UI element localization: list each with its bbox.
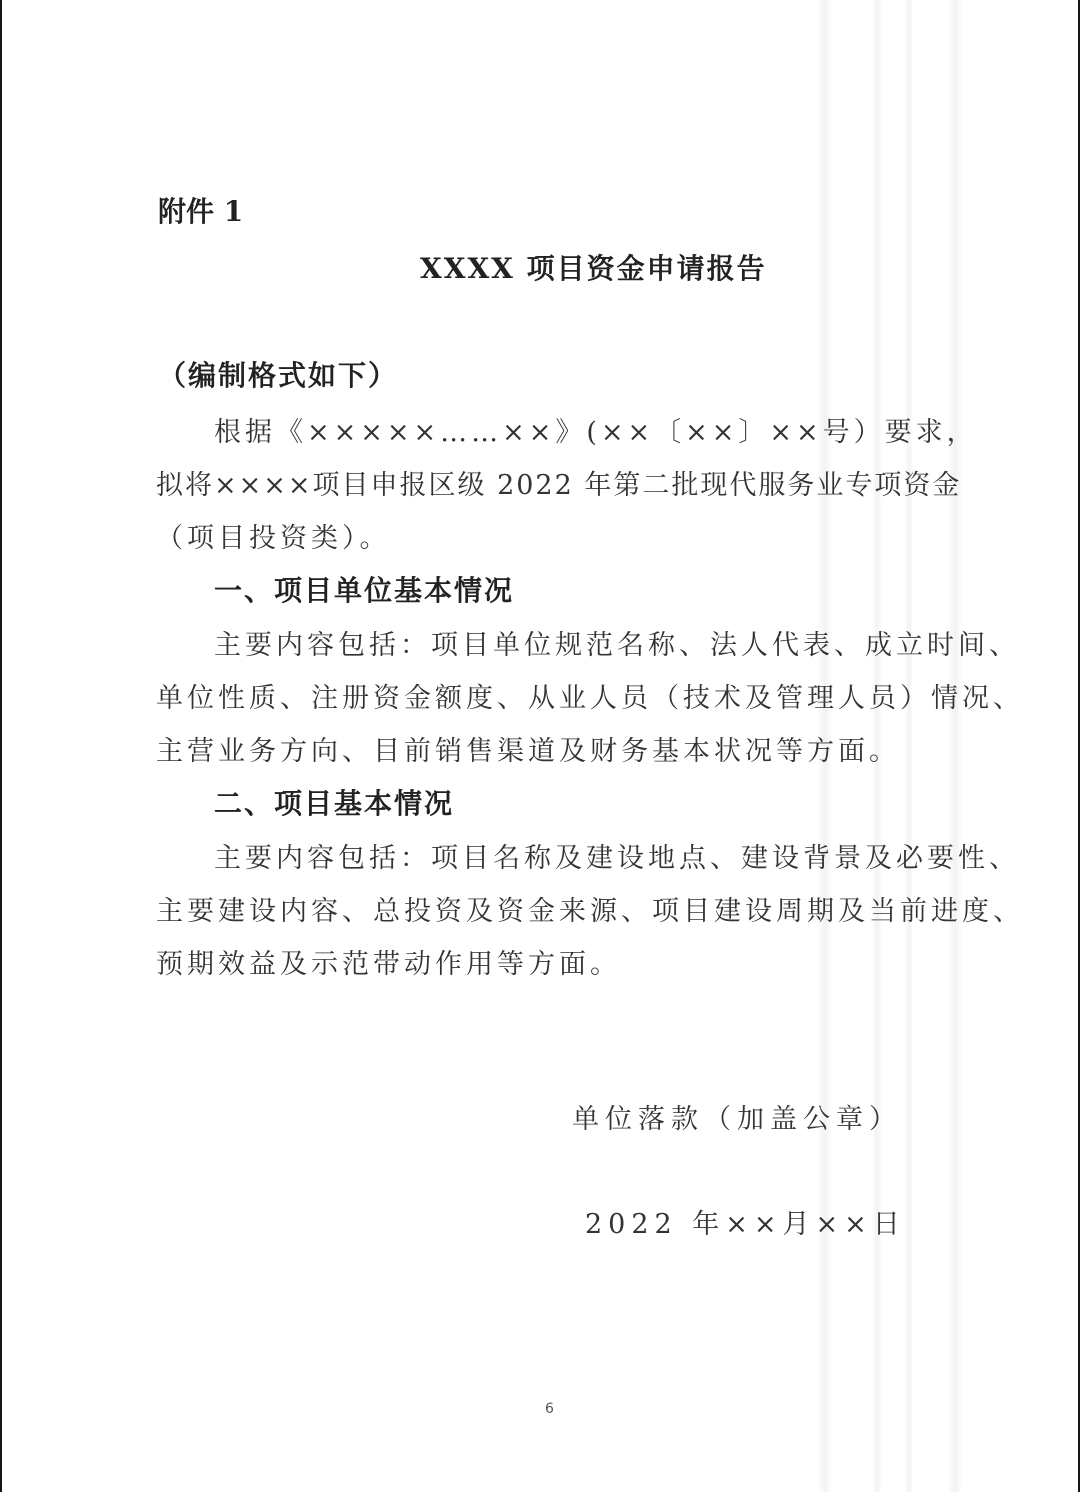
section-line: 预期效益及示范带动作用等方面。 <box>156 942 621 981</box>
intro-line: 拟将××××项目申报区级 2022 年第二批现代服务业专项资金 <box>156 463 961 502</box>
signature-unit: 单位落款（加盖公章） <box>572 1097 902 1136</box>
scan-artifact-stripe <box>948 0 962 1492</box>
intro-line: 根据《×××××……××》(××〔××〕××号）要求， <box>214 410 978 449</box>
section-line: 主要内容包括：项目名称及建设地点、建设背景及必要性、 <box>214 836 1020 875</box>
format-note: （编制格式如下） <box>158 354 398 394</box>
document-title: XXXX 项目资金申请报告 <box>420 247 767 287</box>
document-page: 附件 1 XXXX 项目资金申请报告 （编制格式如下） 根据《×××××……××… <box>0 0 1080 1492</box>
page-number: 6 <box>545 1401 554 1417</box>
section-line: 主要建设内容、总投资及资金来源、项目建设周期及当前进度、 <box>156 889 1024 928</box>
section-heading-project-info: 二、项目基本情况 <box>214 782 454 822</box>
scan-artifact-stripe <box>905 0 913 1492</box>
section-line: 单位性质、注册资金额度、从业人员（技术及管理人员）情况、 <box>156 676 1024 715</box>
section-line: 主营业务方向、目前销售渠道及财务基本状况等方面。 <box>156 729 900 768</box>
attachment-label: 附件 1 <box>158 190 243 230</box>
section-heading-unit-info: 一、项目单位基本情况 <box>214 569 514 609</box>
signature-date: 2022 年××月××日 <box>585 1202 906 1241</box>
intro-line: （项目投资类）。 <box>156 516 391 555</box>
section-line: 主要内容包括：项目单位规范名称、法人代表、成立时间、 <box>214 623 1020 662</box>
